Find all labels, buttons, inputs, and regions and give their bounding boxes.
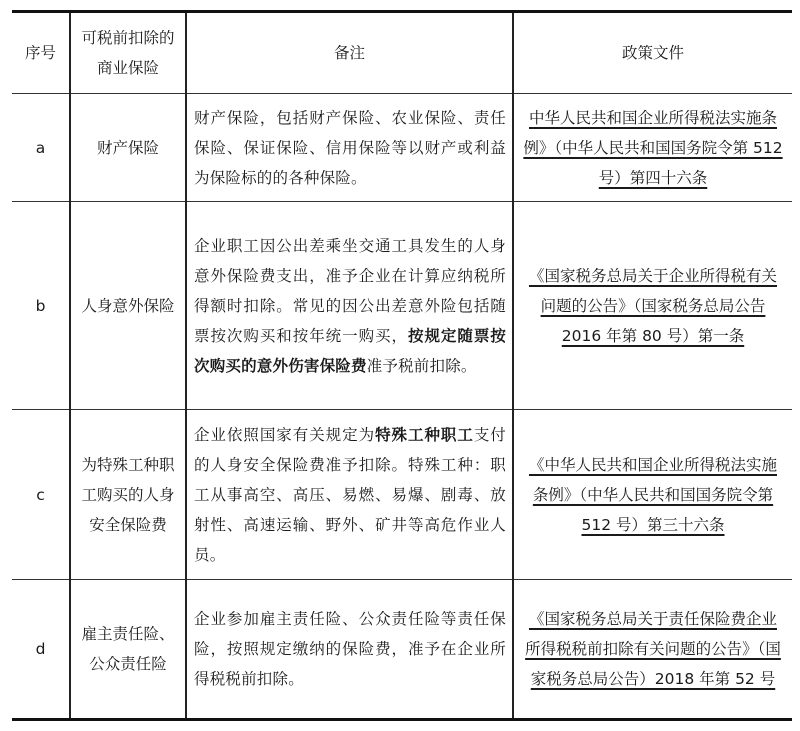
policy-document-link[interactable]: 《国家税务总局关于企业所得税有关问题的公告》（国家税务总局公告 2016 年第 … bbox=[529, 267, 777, 345]
header-index: 序号 bbox=[12, 12, 70, 94]
remarks-text: 企业参加雇主责任险、公众责任险等责任保险，按照规定缴纳的保险费，准予在企业所得税… bbox=[194, 610, 506, 688]
row-insurance-type: 雇主责任险、公众责任险 bbox=[70, 580, 186, 720]
table-row: b 人身意外保险 企业职工因公出差乘坐交通工具发生的人身意外保险费支出，准予企业… bbox=[12, 202, 792, 410]
remarks-text-tail: 支付的人身安全保险费准予扣除。特殊工种：职工从事高空、高压、易燃、易爆、剧毒、放… bbox=[194, 426, 506, 564]
policy-document-link[interactable]: 《国家税务总局关于责任保险费企业所得税税前扣除有关问题的公告》（国家税务总局公告… bbox=[525, 610, 781, 688]
table-row: a 财产保险 财产保险，包括财产保险、农业保险、责任保险、保证保险、信用保险等以… bbox=[12, 94, 792, 202]
row-policy-document: 《国家税务总局关于企业所得税有关问题的公告》（国家税务总局公告 2016 年第 … bbox=[513, 202, 792, 410]
policy-document-link[interactable]: 《中华人民共和国企业所得税法实施条例》（中华人民共和国国务院令第 512 号）第… bbox=[529, 456, 777, 534]
row-remarks: 财产保险，包括财产保险、农业保险、责任保险、保证保险、信用保险等以财产或利益为保… bbox=[186, 94, 513, 202]
remarks-text: 企业依照国家有关规定为 bbox=[194, 426, 375, 444]
row-remarks: 企业参加雇主责任险、公众责任险等责任保险，按照规定缴纳的保险费，准予在企业所得税… bbox=[186, 580, 513, 720]
row-policy-document: 中华人民共和国企业所得税法实施条例》（中华人民共和国国务院令第 512 号）第四… bbox=[513, 94, 792, 202]
table-row: d 雇主责任险、公众责任险 企业参加雇主责任险、公众责任险等责任保险，按照规定缴… bbox=[12, 580, 792, 720]
row-remarks: 企业依照国家有关规定为特殊工种职工支付的人身安全保险费准予扣除。特殊工种：职工从… bbox=[186, 410, 513, 580]
row-index: c bbox=[12, 410, 70, 580]
header-policy-document: 政策文件 bbox=[513, 12, 792, 94]
tax-deductible-insurance-table: 序号 可税前扣除的商业保险 备注 政策文件 a 财产保险 财产保险，包括财产保险… bbox=[12, 10, 792, 721]
policy-document-link[interactable]: 中华人民共和国企业所得税法实施条例》（中华人民共和国国务院令第 512 号）第四… bbox=[523, 109, 782, 187]
header-insurance-type: 可税前扣除的商业保险 bbox=[70, 12, 186, 94]
row-policy-document: 《中华人民共和国企业所得税法实施条例》（中华人民共和国国务院令第 512 号）第… bbox=[513, 410, 792, 580]
remarks-text-tail: 准予税前扣除。 bbox=[367, 357, 477, 375]
row-policy-document: 《国家税务总局关于责任保险费企业所得税税前扣除有关问题的公告》（国家税务总局公告… bbox=[513, 580, 792, 720]
remarks-emphasis: 特殊工种职工 bbox=[375, 426, 474, 444]
header-remarks: 备注 bbox=[186, 12, 513, 94]
row-index: a bbox=[12, 94, 70, 202]
remarks-text: 财产保险，包括财产保险、农业保险、责任保险、保证保险、信用保险等以财产或利益为保… bbox=[194, 109, 506, 187]
row-insurance-type: 财产保险 bbox=[70, 94, 186, 202]
row-index: d bbox=[12, 580, 70, 720]
row-insurance-type: 为特殊工种职工购买的人身安全保险费 bbox=[70, 410, 186, 580]
row-remarks: 企业职工因公出差乘坐交通工具发生的人身意外保险费支出，准予企业在计算应纳税所得额… bbox=[186, 202, 513, 410]
row-index: b bbox=[12, 202, 70, 410]
table-row: c 为特殊工种职工购买的人身安全保险费 企业依照国家有关规定为特殊工种职工支付的… bbox=[12, 410, 792, 580]
row-insurance-type: 人身意外保险 bbox=[70, 202, 186, 410]
header-row: 序号 可税前扣除的商业保险 备注 政策文件 bbox=[12, 12, 792, 94]
